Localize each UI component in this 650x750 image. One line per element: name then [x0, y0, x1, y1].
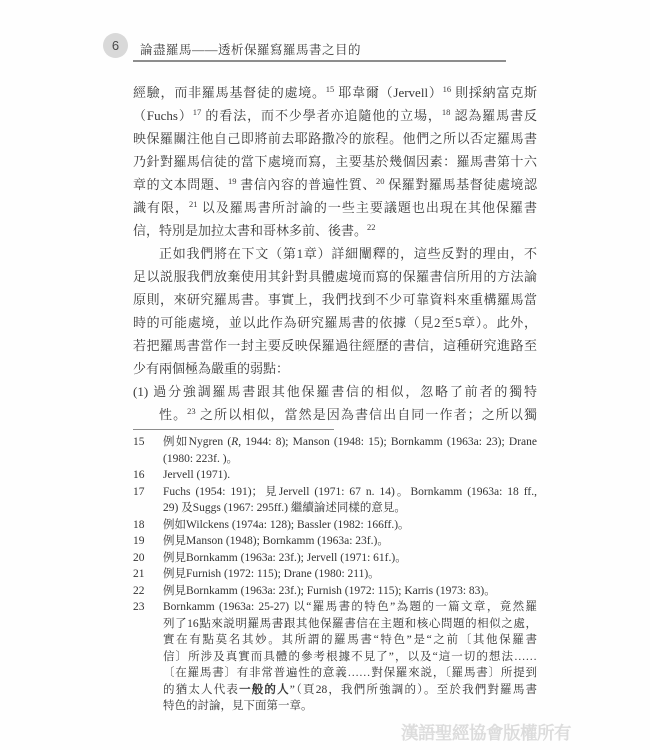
page-number-badge: 6: [103, 33, 128, 58]
footnote-item: 19例見Manson (1948); Bornkamm (1963a: 23f.…: [133, 533, 537, 550]
footnote-number: 23: [133, 599, 145, 616]
footnote-line: 例如Nygren (R, 1944: 8); Manson (1948: 15)…: [163, 434, 537, 451]
footnote-item: 16Jervell (1971).: [133, 467, 537, 484]
footnote-line: 列了16點來説明羅馬書跟其他保羅書信在主題和核心問題的相似之處，: [163, 616, 537, 633]
header-rule: [133, 60, 506, 62]
body-line: 信，特別是加拉太書和哥林多前、後書。22: [133, 219, 537, 242]
footnote-item: 17Fuchs (1954: 191)；見Jervell (1971: 67 n…: [133, 484, 537, 517]
running-header-title: 論盡羅馬——透析保羅寫羅馬書之目的: [140, 40, 361, 58]
footnote-line: (1980: 223f. )。: [163, 451, 537, 468]
footnote-number: 20: [133, 550, 145, 567]
footnote-number: 17: [133, 484, 145, 501]
footnote-item: 20例見Bornkamm (1963a: 23f.); Jervell (197…: [133, 550, 537, 567]
body-line: 原則，來研究羅馬書。事實上，我們找到不少可靠資料來重構羅馬當: [133, 288, 537, 311]
footnote-line: Bornkamm (1963a: 25-27) 以“羅馬書的特色”為題的一篇文章…: [163, 599, 537, 616]
footnote-item: 23Bornkamm (1963a: 25-27) 以“羅馬書的特色”為題的一篇…: [133, 599, 537, 715]
body-line: 少有兩個極為嚴重的弱點：: [133, 357, 537, 380]
footnote-line: 的猶太人代表一般的人”（頁28，我們所強調的）。至於我們對羅馬書: [163, 682, 537, 699]
body-line: 乃針對羅馬信徒的當下處境而寫，主要基於幾個因素：羅馬書第十六: [133, 150, 537, 173]
footnotes: 15例如Nygren (R, 1944: 8); Manson (1948: 1…: [133, 434, 537, 715]
footnote-line: 例如Wilckens (1974a: 128); Bassler (1982: …: [163, 517, 537, 534]
footnote-number: 15: [133, 434, 145, 451]
body-line: 識有限，21 以及羅馬書所討論的一些主要議題也出現在其他保羅書: [133, 196, 537, 219]
page-number: 6: [112, 38, 119, 53]
body-line: 章的文本問題、19 書信內容的普遍性質、20 保羅對羅馬基督徒處境認: [133, 173, 537, 196]
footnote-number: 16: [133, 467, 145, 484]
body-line: 時的可能處境，並以此作為研究羅馬書的依據（見2至5章）。此外，: [133, 311, 537, 334]
footnote-line: 29) 及Suggs (1967: 295ff.) 繼續論述同樣的意見。: [163, 500, 537, 517]
footnote-line: Jervell (1971).: [163, 467, 537, 484]
body-line: 經驗，而非羅馬基督徒的處境。15 耶韋爾（Jervell）16 則採納富克斯: [133, 81, 537, 104]
footnote-number: 21: [133, 566, 145, 583]
watermark: 漢語聖經協會版權所有: [401, 720, 571, 745]
footnote-line: 信〕所涉及真實而具體的參考根據不見了”，以及“這一切的想法……: [163, 649, 537, 666]
footnote-line: 〔在羅馬書〕有非常普遍性的意義……對保羅來説，〔羅馬書〕所提到: [163, 665, 537, 682]
body-line: 足以説服我們放棄使用其針對具體處境而寫的保羅書信所用的方法論: [133, 265, 537, 288]
footnote-line: 例見Bornkamm (1963a: 23f.); Furnish (1972:…: [163, 583, 537, 600]
footnote-item: 15例如Nygren (R, 1944: 8); Manson (1948: 1…: [133, 434, 537, 467]
body-line: 正如我們將在下文（第1章）詳細闡釋的，這些反對的理由，不: [133, 242, 537, 265]
footnote-item: 22例見Bornkamm (1963a: 23f.); Furnish (197…: [133, 583, 537, 600]
body-line: 性。23 之所以相似，當然是因為書信出自同一作者；之所以獨: [133, 403, 537, 426]
footnote-line: 例見Manson (1948); Bornkamm (1963a: 23f.)。: [163, 533, 537, 550]
book-page: 6 論盡羅馬——透析保羅寫羅馬書之目的 經驗，而非羅馬基督徒的處境。15 耶韋爾…: [0, 0, 650, 750]
footnote-number: 22: [133, 583, 145, 600]
footnote-line: 例見Furnish (1972: 115); Drane (1980: 211)…: [163, 566, 537, 583]
footnote-number: 19: [133, 533, 145, 550]
body-line: 映保羅關注他自己即將前去耶路撒冷的旅程。他們之所以否定羅馬書: [133, 127, 537, 150]
body-text: 經驗，而非羅馬基督徒的處境。15 耶韋爾（Jervell）16 則採納富克斯（F…: [133, 81, 537, 426]
footnote-line: 實在有點莫名其妙。其所謂的羅馬書“特色”是“之前〔其他保羅書: [163, 632, 537, 649]
footnote-item: 18例如Wilckens (1974a: 128); Bassler (1982…: [133, 517, 537, 534]
footnote-line: Fuchs (1954: 191)；見Jervell (1971: 67 n. …: [163, 484, 537, 501]
footnote-item: 21例見Furnish (1972: 115); Drane (1980: 21…: [133, 566, 537, 583]
body-line: （Fuchs）17 的看法，而不少學者亦追隨他的立場，18 認為羅馬書反: [133, 104, 537, 127]
body-line: (1) 過分強調羅馬書跟其他保羅書信的相似，忽略了前者的獨特: [133, 380, 537, 403]
footnote-line: 例見Bornkamm (1963a: 23f.); Jervell (1971:…: [163, 550, 537, 567]
body-line: 若把羅馬書當作一封主要反映保羅過往經歷的書信，這種研究進路至: [133, 334, 537, 357]
footnote-separator: [133, 429, 334, 430]
footnote-number: 18: [133, 517, 145, 534]
footnote-line: 特色的討論，見下面第一章。: [163, 698, 537, 715]
